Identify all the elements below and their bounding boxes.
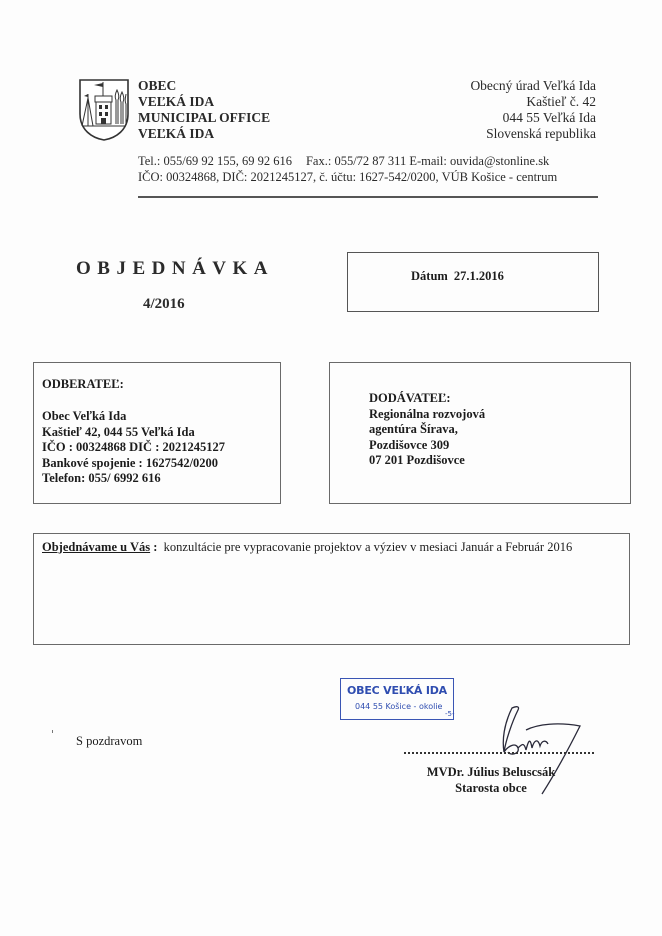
stamp-line-1: OBEC VEĽKÁ IDA (347, 684, 447, 697)
signer-title: Starosta obce (416, 780, 566, 796)
official-stamp: OBEC VEĽKÁ IDA 044 55 Košice - okolie -5… (340, 678, 454, 720)
address-line: Obecný úrad Veľká Ida (470, 78, 596, 94)
date-label: Dátum (411, 269, 448, 283)
greeting: S pozdravom (76, 734, 142, 749)
contact-info: Tel.: 055/69 92 155, 69 92 616Fax.: 055/… (138, 153, 557, 185)
address-line: 044 55 Veľká Ida (470, 110, 596, 126)
supplier-line: Pozdišovce 309 (369, 438, 485, 454)
org-line: OBEC (138, 78, 270, 94)
order-description-box: Objednávame u Vás : konzultácie pre vypr… (33, 533, 630, 645)
org-line: MUNICIPAL OFFICE (138, 110, 270, 126)
stamp-mark: -5- (445, 710, 455, 718)
date-value: 27.1.2016 (454, 269, 504, 283)
signer-block: MVDr. Július Beluscsák Starosta obce (416, 764, 566, 796)
signature-line (404, 752, 594, 754)
address-line: Slovenská republika (470, 126, 596, 142)
stamp-line-2: 044 55 Košice - okolie (355, 702, 442, 711)
supplier-line: agentúra Šírava, (369, 422, 485, 438)
coat-of-arms-icon (76, 76, 132, 142)
signer-name: MVDr. Július Beluscsák (416, 764, 566, 780)
municipality-name: OBEC VEĽKÁ IDA MUNICIPAL OFFICE VEĽKÁ ID… (138, 78, 270, 142)
registration-bank-info: IČO: 00324868, DIČ: 2021245127, č. účtu:… (138, 169, 557, 185)
buyer-line: Telefon: 055/ 6992 616 (42, 471, 225, 487)
supplier-heading: DODÁVATEĽ: (369, 391, 485, 407)
scan-mark (52, 730, 53, 733)
buyer-heading: ODBERATEĽ: (42, 377, 124, 392)
org-line: VEĽKÁ IDA (138, 126, 270, 142)
letterhead-divider (138, 196, 598, 198)
supplier-line: Regionálna rozvojová (369, 407, 485, 423)
buyer-line: Kaštieľ 42, 044 55 Veľká Ida (42, 425, 225, 441)
buyer-line: Bankové spojenie : 1627542/0200 (42, 456, 225, 472)
fax-email: Fax.: 055/72 87 311 E-mail: ouvida@stonl… (306, 154, 549, 168)
buyer-line: IČO : 00324868 DIČ : 2021245127 (42, 440, 225, 456)
address-line: Kaštieľ č. 42 (470, 94, 596, 110)
office-address: Obecný úrad Veľká Ida Kaštieľ č. 42 044 … (470, 78, 596, 142)
document-title: OBJEDNÁVKA (76, 258, 274, 280)
supplier-box: DODÁVATEĽ: Regionálna rozvojová agentúra… (329, 362, 631, 504)
order-text: konzultácie pre vypracovanie projektov a… (164, 540, 573, 554)
buyer-line: Obec Veľká Ida (42, 409, 225, 425)
document-page: OBEC VEĽKÁ IDA MUNICIPAL OFFICE VEĽKÁ ID… (0, 0, 662, 936)
buyer-box: ODBERATEĽ: Obec Veľká Ida Kaštieľ 42, 04… (33, 362, 281, 504)
date-box: Dátum27.1.2016 (347, 252, 599, 312)
phone-numbers: Tel.: 055/69 92 155, 69 92 616 (138, 154, 292, 168)
order-label: Objednávame u Vás (42, 540, 150, 554)
org-line: VEĽKÁ IDA (138, 94, 270, 110)
order-separator: : (150, 540, 164, 554)
order-number: 4/2016 (143, 296, 185, 313)
supplier-line: 07 201 Pozdišovce (369, 453, 485, 469)
